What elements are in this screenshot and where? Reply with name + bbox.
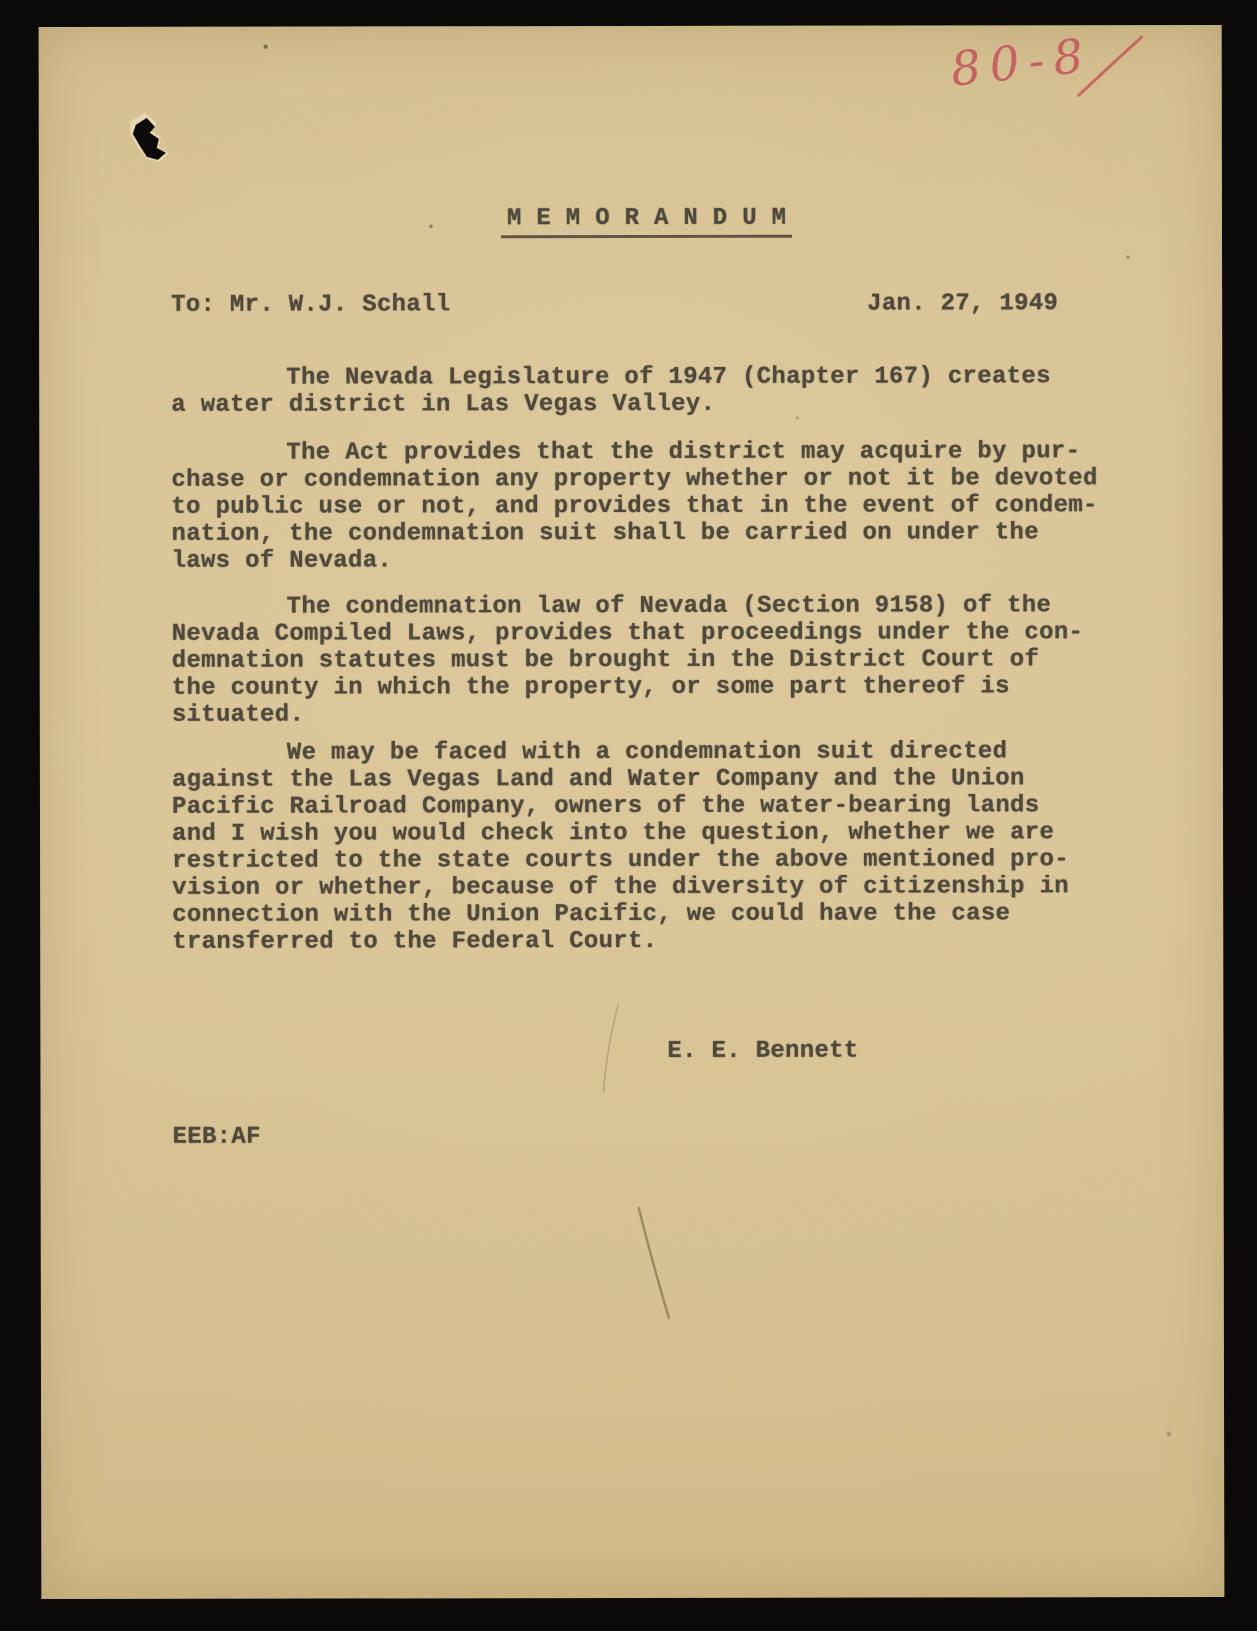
- pencil-mark: [639, 1208, 669, 1318]
- memo-title: M E M O R A N D U M: [501, 205, 792, 239]
- paragraph-line: We may be faced with a condemnation suit…: [172, 738, 1162, 767]
- paragraph-line: Pacific Railroad Company, owners of the …: [172, 792, 1162, 821]
- paragraph-line: a water district in Las Vegas Valley.: [171, 390, 1161, 419]
- paragraph-line: nation, the condemnation suit shall be c…: [171, 519, 1161, 548]
- paragraph-line: and I wish you would check into the ques…: [172, 819, 1162, 848]
- handwritten-filing-number: 80-8: [948, 28, 1095, 98]
- paragraph-line: laws of Nevada.: [172, 546, 1162, 575]
- paragraph-line: chase or condemnation any property wheth…: [171, 465, 1161, 494]
- punch-hole-icon: [133, 118, 166, 160]
- recipient-line: To: Mr. W.J. Schall: [171, 291, 450, 318]
- speck: [1167, 1432, 1172, 1437]
- paragraph-line: The Act provides that the district may a…: [171, 438, 1161, 467]
- paragraph-4: We may be faced with a condemnation suit…: [172, 738, 1162, 956]
- torn-hole-edge: [130, 113, 169, 162]
- paragraph-line: connection with the Union Pacific, we co…: [172, 900, 1162, 929]
- paragraph-line: demnation statutes must be brought in th…: [172, 646, 1162, 675]
- speck: [1126, 256, 1129, 259]
- memo-document: 80-8 M E M O R A N D U M To: Mr. W.J. Sc…: [39, 25, 1225, 1599]
- paragraph-line: transferred to the Federal Court.: [172, 927, 1162, 956]
- paragraph-line: restricted to the state courts under the…: [172, 846, 1162, 875]
- paragraph-line: the county in which the property, or som…: [172, 673, 1162, 702]
- typist-reference: EEB:AF: [173, 1124, 261, 1151]
- scan-background: 80-8 M E M O R A N D U M To: Mr. W.J. Sc…: [0, 0, 1257, 1631]
- paragraph-line: Nevada Compiled Laws, provides that proc…: [172, 619, 1162, 648]
- paragraph-2: The Act provides that the district may a…: [171, 438, 1161, 575]
- pencil-scratch: [603, 1004, 618, 1092]
- paragraph-line: The condemnation law of Nevada (Section …: [172, 592, 1162, 621]
- paragraph-line: against the Las Vegas Land and Water Com…: [172, 765, 1162, 794]
- paragraph-line: vision or whether, because of the divers…: [172, 873, 1162, 902]
- speck: [429, 225, 433, 229]
- paragraph-line: The Nevada Legislature of 1947 (Chapter …: [171, 363, 1161, 392]
- date-line: Jan. 27, 1949: [867, 290, 1058, 317]
- signature-name: E. E. Bennett: [667, 1038, 858, 1065]
- speck: [263, 44, 267, 48]
- paragraph-line: situated.: [172, 700, 1162, 729]
- paragraph-3: The condemnation law of Nevada (Section …: [172, 592, 1162, 729]
- memo-header-row: To: Mr. W.J. Schall Jan. 27, 1949: [171, 290, 1151, 319]
- paragraph-line: to public use or not, and provides that …: [171, 492, 1161, 521]
- paragraph-1: The Nevada Legislature of 1947 (Chapter …: [171, 363, 1161, 419]
